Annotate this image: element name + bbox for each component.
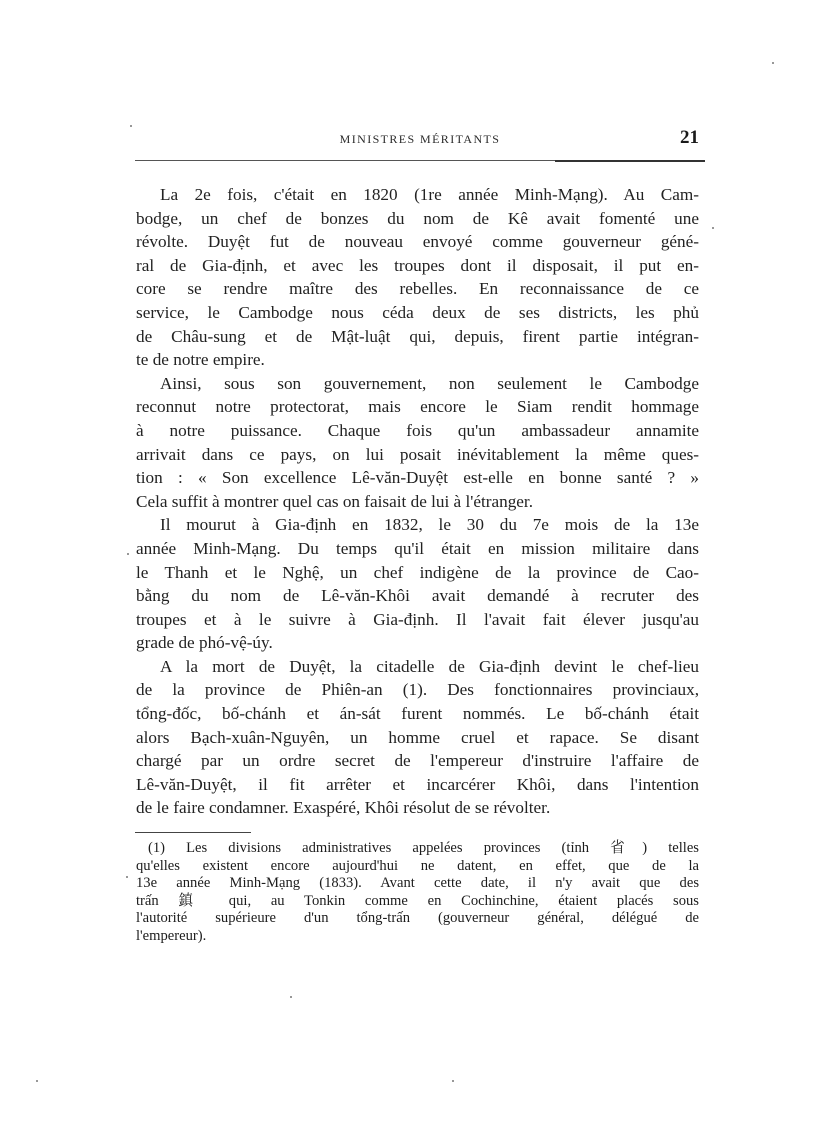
header-rule xyxy=(135,160,705,161)
scan-speck xyxy=(712,227,714,229)
text-line: Lê-văn-Duyệt, il fit arrêter et incarcér… xyxy=(136,773,699,797)
text-line: de Châu-sung et de Mật-luật qui, depuis,… xyxy=(136,325,699,349)
book-page: MINISTRES MÉRITANTS 21 La 2e fois, c'éta… xyxy=(0,0,816,1123)
text-line: de le faire condamner. Exaspéré, Khôi ré… xyxy=(136,796,699,820)
footnote-line: l'autorité supérieure d'un tổng-trấn (go… xyxy=(136,910,699,928)
scan-speck xyxy=(452,1080,454,1082)
text-line: à notre puissance. Chaque fois qu'un amb… xyxy=(136,419,699,443)
footnote-line: qu'elles existent encore aujourd'hui ne … xyxy=(136,858,699,876)
text-line: le Thanh et le Nghệ, un chef indigène de… xyxy=(136,561,699,585)
text-line: La 2e fois, c'était en 1820 (1re année M… xyxy=(136,183,699,207)
text-line: ral de Gia-định, et avec les troupes don… xyxy=(136,254,699,278)
running-head: MINISTRES MÉRITANTS 21 xyxy=(135,128,705,152)
body-text: La 2e fois, c'était en 1820 (1re année M… xyxy=(136,183,699,820)
text-line: Cela suffit à montrer quel cas on faisai… xyxy=(136,490,699,514)
text-line: alors Bạch-xuân-Nguyên, un homme cruel e… xyxy=(136,726,699,750)
text-line: tion : « Son excellence Lê-văn-Duyệt est… xyxy=(136,466,699,490)
text-line: arrivait dans ce pays, on lui posait iné… xyxy=(136,443,699,467)
scan-speck xyxy=(126,876,128,878)
text-line: chargé par un ordre secret de l'empereur… xyxy=(136,749,699,773)
footnote-line: l'empereur). xyxy=(136,928,699,946)
scan-speck xyxy=(36,1080,38,1082)
text-line: grade de phó-vệ-úy. xyxy=(136,631,699,655)
text-line: Ainsi, sous son gouvernement, non seulem… xyxy=(136,372,699,396)
text-line: révolte. Duyệt fut de nouveau envoyé com… xyxy=(136,230,699,254)
text-line: tổng-đốc, bố-chánh et án-sát furent nomm… xyxy=(136,702,699,726)
text-line: bằng du nom de Lê-văn-Khôi avait demandé… xyxy=(136,584,699,608)
text-line: de la province de Phiên-an (1). Des fonc… xyxy=(136,678,699,702)
text-line: core se rendre maître des rebelles. En r… xyxy=(136,277,699,301)
scan-speck xyxy=(130,125,132,127)
footnote: (1) Les divisions administratives appelé… xyxy=(136,840,699,946)
footnote-line: (1) Les divisions administratives appelé… xyxy=(136,840,699,858)
text-line: bodge, un chef de bonzes du nom de Kê av… xyxy=(136,207,699,231)
footnote-line: 13e année Minh-Mạng (1833). Avant cette … xyxy=(136,875,699,893)
page-number: 21 xyxy=(680,127,699,149)
text-line: A la mort de Duyệt, la citadelle de Gia-… xyxy=(136,655,699,679)
text-line: reconnut notre protectorat, mais encore … xyxy=(136,395,699,419)
text-line: troupes et à le suivre à Gia-định. Il l'… xyxy=(136,608,699,632)
scan-speck xyxy=(127,553,129,555)
text-line: Il mourut à Gia-định en 1832, le 30 du 7… xyxy=(136,513,699,537)
text-line: service, le Cambodge nous céda deux de s… xyxy=(136,301,699,325)
text-line: te de notre empire. xyxy=(136,348,699,372)
scan-speck xyxy=(772,62,774,64)
footnote-line: trấn 鎮 qui, au Tonkin comme en Cochinchi… xyxy=(136,893,699,911)
footnote-rule xyxy=(135,832,251,833)
text-line: année Minh-Mạng. Du temps qu'il était en… xyxy=(136,537,699,561)
running-title: MINISTRES MÉRITANTS xyxy=(135,132,705,147)
scan-speck xyxy=(290,996,292,998)
